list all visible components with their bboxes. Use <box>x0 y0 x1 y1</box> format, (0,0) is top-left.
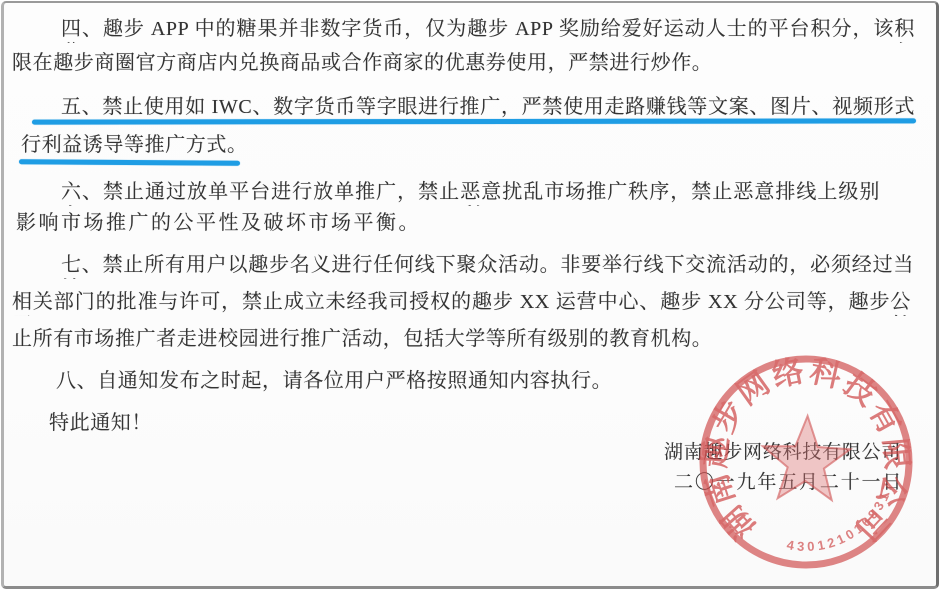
notice-item7-line3: 止所有市场推广者走进校园进行推广活动，包括大学等所有级别的教育机构。 <box>12 327 712 353</box>
notice-item5-line1: 五、禁止使用如 IWC、数字货币等字眼进行推广，严禁使用走路赚钱等文案、图片、视… <box>61 95 915 121</box>
signature-date: 二〇一九年五月二十一日 <box>674 471 902 497</box>
notice-item6-line2: 影响市场推广的公平性及破坏市场平衡。 <box>16 211 421 237</box>
notice-item7-line1: 七、禁止所有用户以趣步名义进行任何线下聚众活动。非要举行线下交流活动的，必须经过… <box>61 253 914 279</box>
blue-underline-1 <box>32 118 916 124</box>
notice-item7-line2: 相关部门的批准与许可，禁止成立未经我司授权的趣步 XX 运营中心、趣步 XX 分… <box>12 290 911 316</box>
notice-item8-line1: 八、自通知发布之时起，请各位用户严格按照通知内容执行。 <box>56 369 612 395</box>
signature-company: 湖南趣步网络科技有限公司 <box>664 441 901 467</box>
document-page: 四、趣步 APP 中的糖果并非数字货币，仅为趣步 APP 奖励给爱好运动人士的平… <box>1 1 939 589</box>
notice-item4-line2: 限在趣步商圈官方商店内兑换商品或合作商家的优惠券使用，严禁进行炒作。 <box>12 51 712 77</box>
blue-underline-2 <box>19 159 240 166</box>
notice-closing: 特此通知！ <box>49 411 152 437</box>
notice-item6-line1: 六、禁止通过放单平台进行放单推广，禁止恶意扰乱市场推广秩序，禁止恶意排线上级别套… <box>61 180 880 206</box>
notice-item4-line1: 四、趣步 APP 中的糖果并非数字货币，仅为趣步 APP 奖励给爱好运动人士的平… <box>61 17 915 43</box>
notice-item5-line2: 行利益诱导等推广方式。 <box>21 133 248 159</box>
